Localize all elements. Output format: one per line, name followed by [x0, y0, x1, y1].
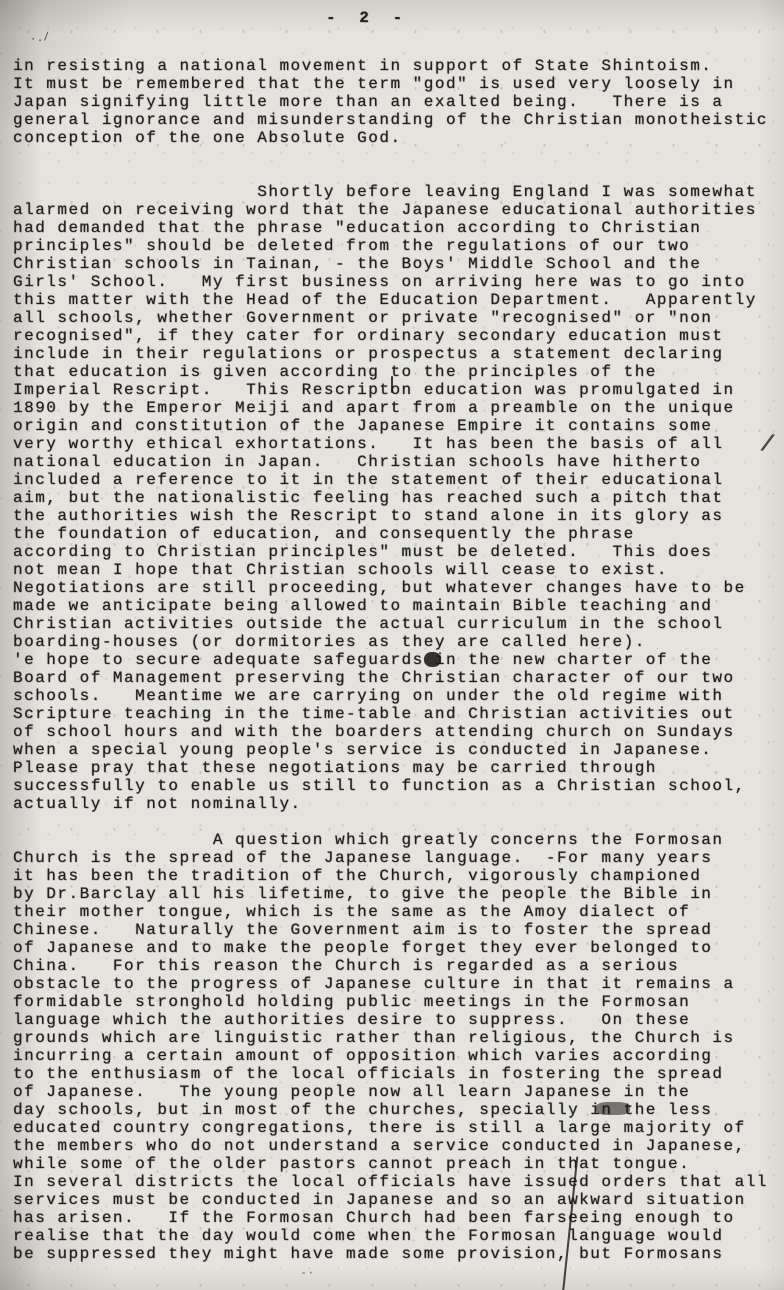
page-number-header: - 2 -: [326, 9, 404, 27]
ink-blot-over-in: [424, 652, 441, 667]
paragraph-japanese-language: A question which greatly concerns the Fo…: [13, 831, 768, 1263]
overstrike-mark-rescripton: [391, 376, 393, 393]
paragraph-christian-schools: Shortly before leaving England I was som…: [13, 183, 757, 813]
ink-smudge-over-the: [596, 1102, 630, 1115]
stray-pen-mark-top-left: ·./: [29, 32, 50, 47]
paragraph-shintoism: in resisting a national movement in supp…: [13, 57, 768, 147]
typewritten-document-page: - 2 - in resisting a national movement i…: [0, 0, 784, 1290]
stray-pen-mark-right-margin: /: [758, 431, 776, 460]
stray-pen-mark-bottom: -·: [300, 1266, 314, 1280]
